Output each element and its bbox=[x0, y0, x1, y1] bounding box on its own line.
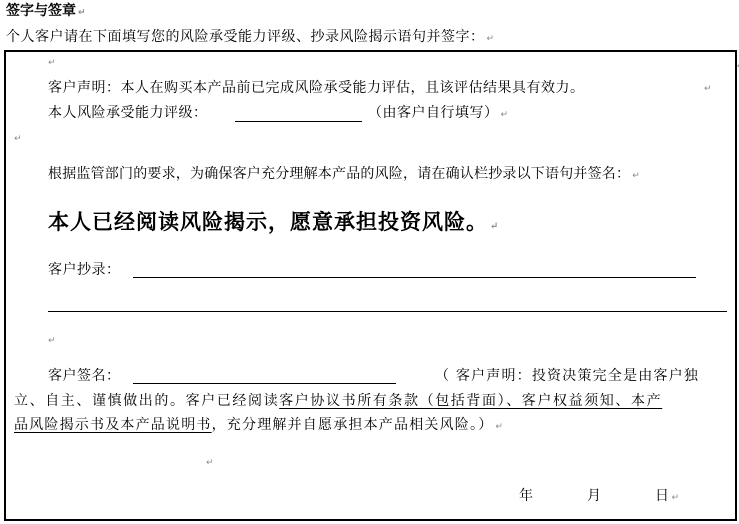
paragraph-mark-icon: ↵ bbox=[48, 336, 56, 346]
risk-statement-text: 本人已经阅读风险揭示，愿意承担投资风险。 bbox=[48, 209, 488, 234]
copy-input-line2[interactable] bbox=[48, 295, 727, 312]
paragraph-mark-icon: ↵ bbox=[495, 422, 504, 432]
statement-line-3: 品风险揭示书及本产品说明书，充分理解并自愿承担本产品相关风险。）↵ bbox=[14, 417, 504, 435]
paragraph-mark-icon: ↵ bbox=[206, 458, 214, 468]
copy-input-line1[interactable] bbox=[133, 260, 696, 278]
risk-rating-hint-row: （由客户自行填写）↵ bbox=[368, 105, 509, 123]
customer-declaration: 客户声明：本人在购买本产品前已完成风险承受能力评估，且该评估结果具有效力。 bbox=[48, 80, 585, 96]
statement-text-3a-underlined: 品风险揭示书及本产品说明书 bbox=[14, 417, 212, 433]
risk-rating-row: 本人风险承受能力评级： bbox=[48, 105, 208, 121]
paragraph-mark-icon: ↵ bbox=[78, 8, 86, 18]
date-year-label: 年 bbox=[519, 488, 534, 504]
paragraph-mark-icon: ↵ bbox=[48, 58, 56, 68]
risk-statement: 本人已经阅读风险揭示，愿意承担投资风险。↵ bbox=[48, 210, 499, 239]
declaration-text: 客户声明：本人在购买本产品前已完成风险承受能力评估，且该评估结果具有效力。 bbox=[48, 80, 585, 96]
statement-line-1: （ 客户声明：投资决策完全是由客户独 bbox=[435, 368, 699, 384]
date-month-label: 月 bbox=[587, 488, 602, 504]
paragraph-mark-icon: ↵ bbox=[14, 134, 22, 144]
copy-label: 客户抄录： bbox=[48, 262, 121, 278]
risk-rating-hint: （由客户自行填写） bbox=[368, 105, 499, 121]
heading-text: 签字与签章 bbox=[6, 3, 76, 19]
paragraph-mark-icon: ↵ bbox=[632, 171, 640, 181]
statement-text-3b: ，充分理解并自愿承担本产品相关风险。） bbox=[212, 417, 494, 433]
date-day-row: 日↵ bbox=[655, 488, 680, 506]
instruction-text: 个人客户请在下面填写您的风险承受能力评级、抄录风险揭示语句并签字：↵ bbox=[6, 29, 495, 47]
paragraph-mark-icon: ↵ bbox=[490, 221, 499, 232]
signature-input[interactable] bbox=[133, 366, 396, 384]
copy-label-row: 客户抄录： bbox=[48, 262, 121, 278]
statement-text-2b-underlined: 客户协议书所有条款（包括背面）、客户权益须知、本产 bbox=[279, 393, 662, 409]
paragraph-mark-icon: ↵ bbox=[704, 84, 712, 94]
paragraph-mark-icon: ↵ bbox=[672, 493, 680, 503]
instruction-label: 个人客户请在下面填写您的风险承受能力评级、抄录风险揭示语句并签字： bbox=[6, 29, 485, 45]
paragraph-mark-icon: ↵ bbox=[487, 34, 495, 44]
signature-label-row: 客户签名： bbox=[48, 368, 121, 384]
paragraph-mark-icon: ↵ bbox=[501, 110, 509, 120]
statement-text-1: （ 客户声明：投资决策完全是由客户独 bbox=[435, 368, 699, 384]
risk-rating-label: 本人风险承受能力评级： bbox=[48, 105, 208, 121]
section-heading: 签字与签章↵ bbox=[6, 3, 86, 21]
signature-label: 客户签名： bbox=[48, 368, 121, 384]
regulation-instruction: 根据监管部门的要求，为确保客户充分理解本产品的风险，请在确认栏抄录以下语句并签名… bbox=[48, 166, 640, 184]
regulation-text: 根据监管部门的要求，为确保客户充分理解本产品的风险，请在确认栏抄录以下语句并签名… bbox=[48, 166, 630, 182]
statement-text-2a: 立、自主、谨慎做出的。客户已经阅读 bbox=[14, 393, 279, 409]
statement-line-2: 立、自主、谨慎做出的。客户已经阅读客户协议书所有条款（包括背面）、客户权益须知、… bbox=[14, 393, 662, 409]
risk-rating-input[interactable] bbox=[235, 104, 362, 122]
date-day-label: 日 bbox=[655, 488, 670, 504]
